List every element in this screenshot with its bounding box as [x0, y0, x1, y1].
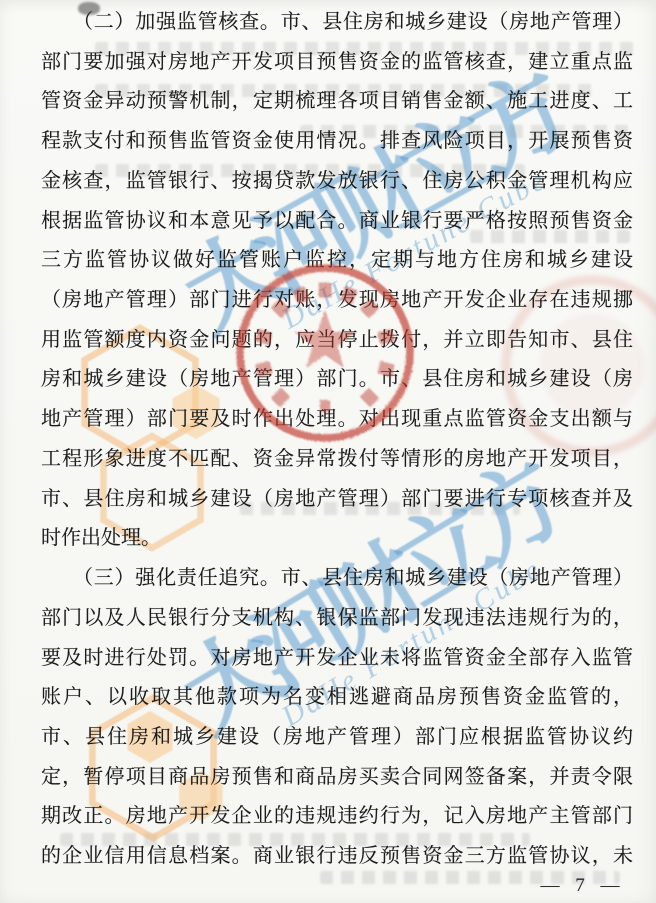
text-line: 市、县住房和城乡建设（房地产管理）部门应根据监管协议约 [41, 718, 633, 758]
page-number: — 7 — [505, 874, 655, 898]
text-line: 地产管理）部门要及时作出处理。对出现重点监管资金支出额与 [41, 400, 633, 440]
body-text: （二）加强监管核查。市、县住房和城乡建设（房地产管理）部门要加强对房地产开发项目… [41, 3, 633, 877]
text-line: （三）强化责任追究。市、县住房和城乡建设（房地产管理） [41, 559, 633, 599]
text-line: （房地产管理）部门进行对账，发现房地产开发企业存在违规挪 [41, 281, 633, 321]
scanned-document-page: 大河财立方 DaHe Fortune Cube 大河财立方 DaHe Fortu… [0, 0, 656, 903]
text-line: 时作出处理。 [41, 519, 633, 559]
text-line: 账户、以收取其他款项为名变相逃避商品房预售资金监管的， [41, 678, 633, 718]
text-line: 要及时进行处罚。对房地产开发企业未将监管资金全部存入监管 [41, 639, 633, 679]
text-line: 的企业信用信息档案。商业银行违反预售资金三方监管协议，未 [41, 837, 633, 877]
text-line: （二）加强监管核查。市、县住房和城乡建设（房地产管理） [41, 3, 633, 43]
text-line: 三方监管协议做好监管账户监控，定期与地方住房和城乡建设 [41, 241, 633, 281]
text-line: 房和城乡建设（房地产管理）部门。市、县住房和城乡建设（房 [41, 360, 633, 400]
text-line: 用监管额度内资金问题的，应当停止拨付，并立即告知市、县住 [41, 321, 633, 361]
text-line: 部门以及人民银行分支机构、银保监部门发现违法违规行为的， [41, 599, 633, 639]
text-line: 根据监管协议和本意见予以配合。商业银行要严格按照预售资金 [41, 202, 633, 242]
text-line: 部门要加强对房地产开发项目预售资金的监管核查，建立重点监 [41, 43, 633, 83]
text-line: 程款支付和预售监管资金使用情况。排查风险项目，开展预售资 [41, 122, 633, 162]
text-line: 市、县住房和城乡建设（房地产管理）部门要进行专项核查并及 [41, 480, 633, 520]
text-line: 期改正。房地产开发企业的违规违约行为，记入房地产主管部门 [41, 797, 633, 837]
text-line: 管资金异动预警机制，定期梳理各项目销售金额、施工进度、工 [41, 82, 633, 122]
text-line: 工程形象进度不匹配、资金异常拨付等情形的房地产开发项目， [41, 440, 633, 480]
text-line: 定，暂停项目商品房预售和商品房买卖合同网签备案，并责令限 [41, 758, 633, 798]
text-line: 金核查，监管银行、按揭贷款发放银行、住房公积金管理机构应 [41, 162, 633, 202]
